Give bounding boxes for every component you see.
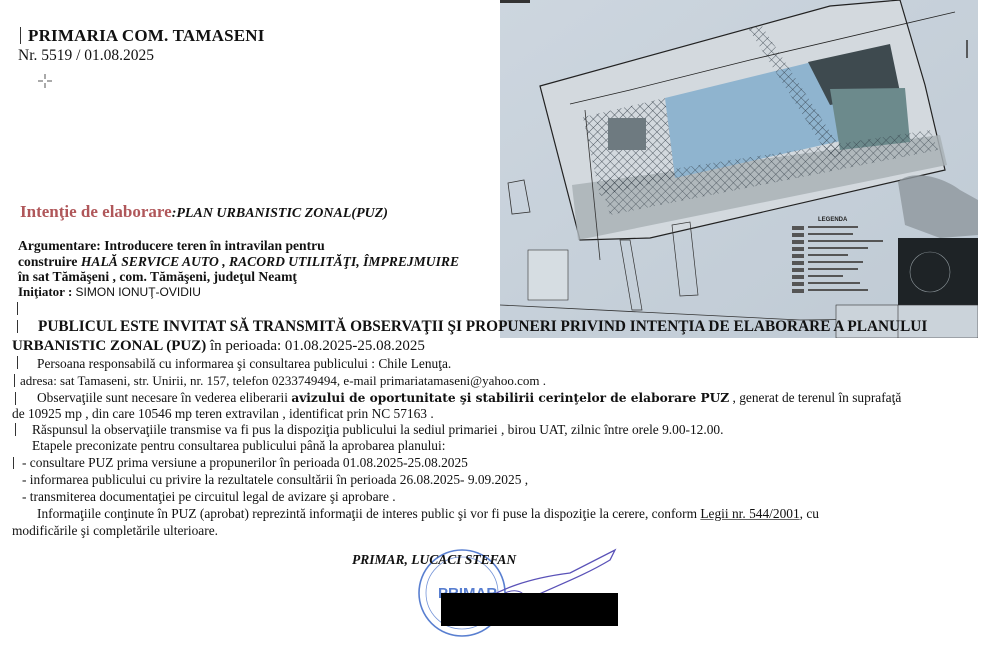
margin-mark (17, 320, 18, 333)
crosshair-mark-icon (37, 73, 53, 89)
margin-mark (17, 302, 18, 315)
address-text: adresa: sat Tamaseni, str. Unirii, nr. 1… (20, 373, 546, 388)
margin-mark (17, 356, 18, 369)
consultation-period: în perioada: 01.08.2025-25.08.2025 (206, 338, 425, 354)
contact-address: adresa: sat Tamaseni, str. Unirii, nr. 1… (20, 373, 546, 389)
urban-plan-map: LEGENDA (500, 0, 978, 338)
margin-mark (20, 27, 21, 44)
stages-intro: Etapele preconizate pentru consultarea p… (32, 438, 445, 454)
initiator-label: Iniţiator : (18, 284, 72, 299)
information-notice-end: modificările şi completările ulterioare. (12, 523, 218, 539)
argumentation-line-2: construire HALĂ SERVICE AUTO , RACORD UT… (18, 254, 459, 269)
information-suffix: , cu (800, 506, 819, 521)
information-text: Informaţiile conţinute în PUZ (aprobat) … (37, 506, 700, 521)
margin-mark (14, 374, 15, 387)
stage-item: - informarea publicului cu privire la re… (22, 472, 528, 488)
responsible-person: Persoana responsabilă cu informarea şi c… (37, 356, 451, 372)
argumentation-location: în sat Tămăşeni , com. Tămăşeni, judeţul… (18, 269, 297, 284)
stage-item: - consultare PUZ prima versiune a propun… (22, 455, 468, 471)
margin-mark (15, 423, 16, 436)
intent-label: Intenţie de elaborare (20, 202, 172, 221)
initiator-line: Iniţiator : SIMON IONUŢ-OVIDIU (18, 284, 201, 300)
observations-prefix: Observaţiile sunt necesare în vederea el… (37, 390, 291, 405)
redaction-box (441, 593, 618, 626)
observations-suffix: , generat de terenul în suprafaţă (729, 390, 901, 405)
argumentation-line-1: Argumentare: Introducere teren în intrav… (18, 238, 325, 253)
intent-heading: Intenţie de elaborare:PLAN URBANISTIC ZO… (20, 202, 388, 222)
law-reference-link[interactable]: Legii nr. 544/2001 (700, 506, 799, 521)
observations-purpose: avizului de oportunitate şi stabilirii c… (291, 391, 729, 405)
margin-mark (15, 392, 16, 405)
argumentation-prefix: construire (18, 254, 81, 269)
institution-name: PRIMARIA COM. TAMASENI (28, 26, 265, 46)
initiator-name: SIMON IONUŢ-OVIDIU (76, 285, 201, 299)
public-invitation-heading: PUBLICUL ESTE INVITAT SĂ TRANSMITĂ OBSER… (38, 318, 927, 336)
intent-subject: :PLAN URBANISTIC ZONAL(PUZ) (172, 206, 388, 221)
information-notice: Informaţiile conţinute în PUZ (aprobat) … (37, 506, 819, 522)
land-area-line: de 10925 mp , din care 10546 mp teren ex… (12, 406, 434, 422)
response-availability: Răspunsul la observaţiile transmise va f… (32, 422, 723, 438)
public-invitation-period: URBANISTIC ZONAL (PUZ) în perioada: 01.0… (12, 338, 425, 355)
svg-text:LEGENDA: LEGENDA (818, 217, 848, 223)
project-description: HALĂ SERVICE AUTO , RACORD UTILITĂŢI, ÎM… (81, 254, 459, 269)
stage-item: - transmiterea documentaţiei pe circuitu… (22, 489, 396, 505)
margin-mark (13, 457, 14, 469)
registration-number: Nr. 5519 / 01.08.2025 (18, 47, 154, 65)
puz-label: URBANISTIC ZONAL (PUZ) (12, 338, 206, 354)
observations-line: Observaţiile sunt necesare în vederea el… (37, 390, 901, 406)
mayor-signature-title: PRIMAR, LUCACI STEFAN (352, 552, 516, 568)
